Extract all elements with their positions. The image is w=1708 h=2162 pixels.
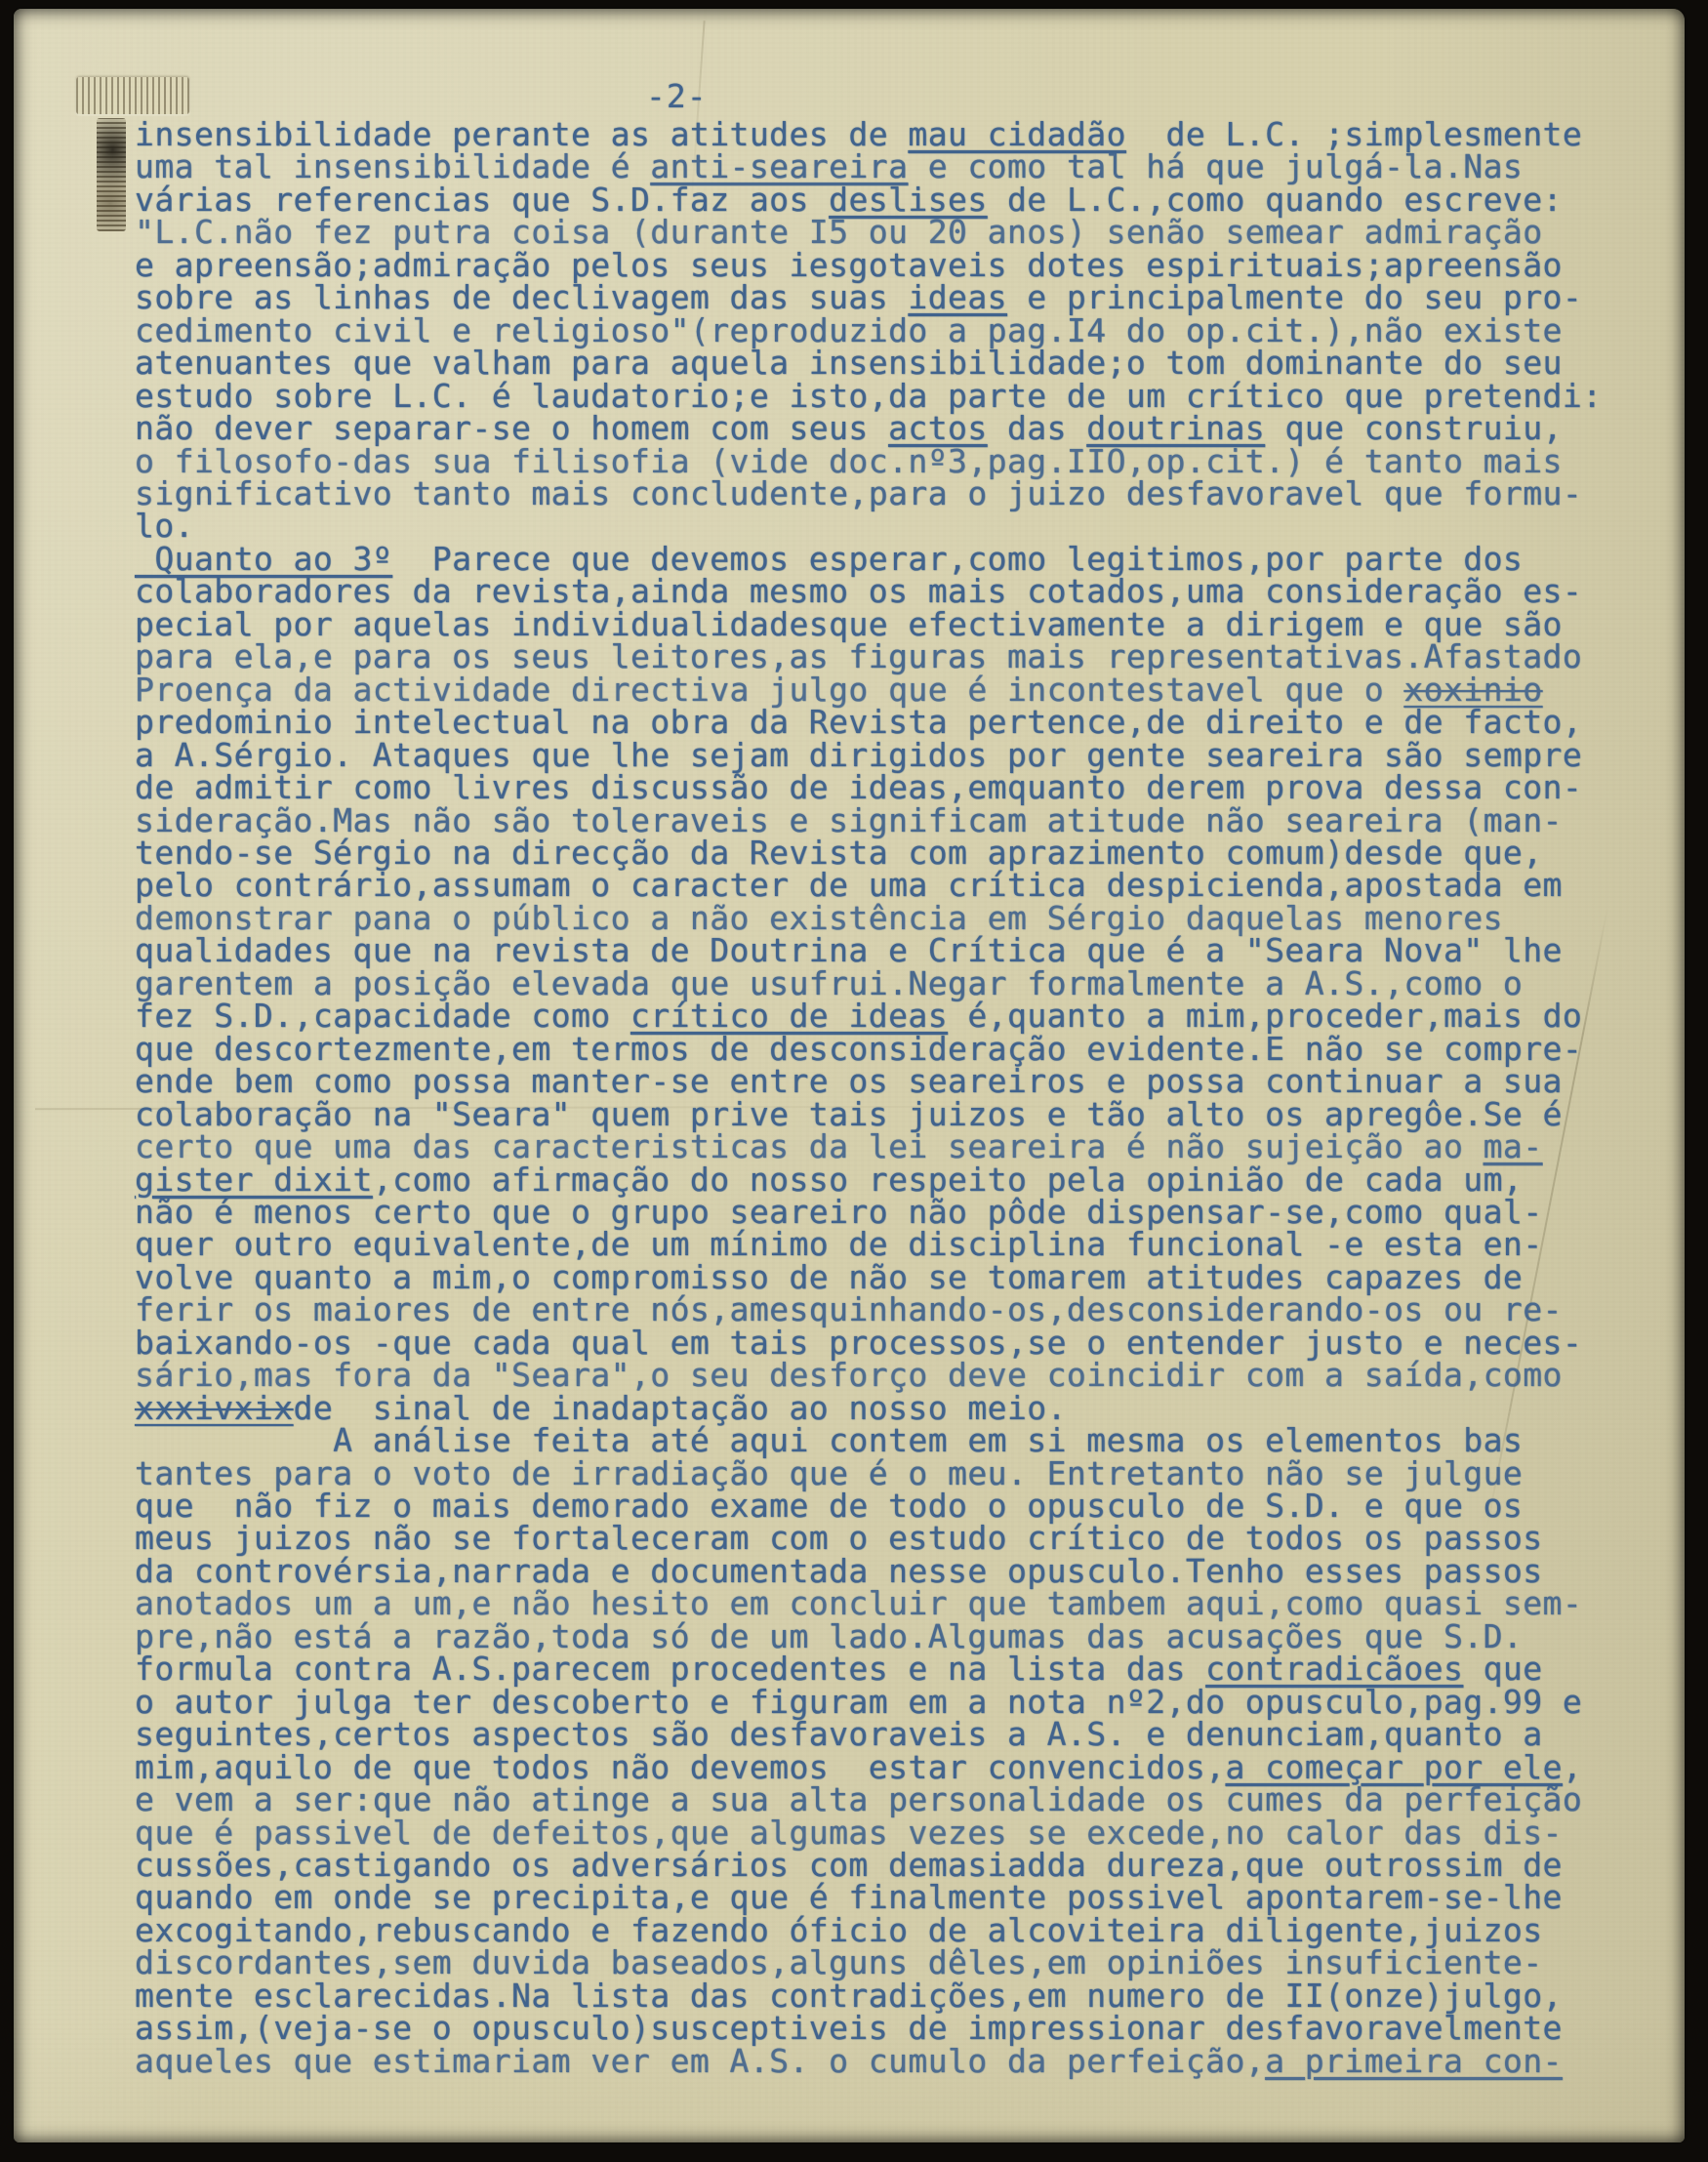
document-line: "L.C.não fez putra coisa (durante I5 ou … bbox=[135, 216, 1677, 248]
embossed-stamp-horizontal-icon bbox=[76, 77, 189, 114]
document-line: baixando-os -que cada qual em tais proce… bbox=[135, 1326, 1677, 1359]
document-line: pelo contrário,assumam o caracter de uma… bbox=[135, 869, 1677, 901]
document-line: mim,aquilo de que todos não devemos esta… bbox=[135, 1751, 1677, 1783]
document-line: garentem a posição elevada que usufrui.N… bbox=[135, 967, 1677, 999]
document-line: certo que uma das caracteristicas da lei… bbox=[135, 1130, 1677, 1163]
document-line: não dever separar-se o homem com seus ac… bbox=[135, 412, 1677, 444]
document-line: discordantes,sem duvida baseados,alguns … bbox=[135, 1946, 1677, 1978]
document-line: que não fiz o mais demorado exame de tod… bbox=[135, 1489, 1677, 1522]
document-line: volve quanto a mim,o compromisso de não … bbox=[135, 1261, 1677, 1293]
document-line: meus juizos não se fortaleceram com o es… bbox=[135, 1522, 1677, 1554]
document-line: Proença da actividade directiva julgo qu… bbox=[135, 673, 1677, 706]
document-line: várias referencias que S.D.faz aos desli… bbox=[135, 184, 1677, 216]
document-line: não é menos certo que o grupo seareiro n… bbox=[135, 1196, 1677, 1228]
document-line: sobre as linhas de declivagem das suas i… bbox=[135, 281, 1677, 313]
document-line: tendo-se Sérgio na direcção da Revista c… bbox=[135, 836, 1677, 869]
paper-sheet: -2- insensibilidade perante as atitudes … bbox=[14, 9, 1685, 2142]
document-line: ferir os maiores de entre nós,amesquinha… bbox=[135, 1293, 1677, 1326]
document-line: colaboradores da revista,ainda mesmo os … bbox=[135, 575, 1677, 607]
document-line: mente esclarecidas.Na lista das contradi… bbox=[135, 1979, 1677, 2012]
document-line: que descortezmente,em termos de desconsi… bbox=[135, 1033, 1677, 1065]
document-line: anotados um a um,e não hesito em conclui… bbox=[135, 1587, 1677, 1619]
document-line: pre,não está a razão,toda só de um lado.… bbox=[135, 1620, 1677, 1652]
page-number: -2- bbox=[646, 77, 708, 115]
document-line: e apreensão;admiração pelos seus iesgota… bbox=[135, 249, 1677, 281]
document-line: gister dixit,como afirmação do nosso res… bbox=[135, 1163, 1677, 1196]
document-line: para ela,e para os seus leitores,as figu… bbox=[135, 640, 1677, 673]
scanned-document-page: { "page": { "number": "-2-" }, "colors":… bbox=[0, 0, 1708, 2162]
document-line: formula contra A.S.parecem procedentes e… bbox=[135, 1652, 1677, 1685]
document-line: A análise feita até aqui contem em si me… bbox=[135, 1424, 1677, 1456]
document-line: ende bem como possa manter-se entre os s… bbox=[135, 1065, 1677, 1097]
document-line: da controvérsia,narrada e documentada ne… bbox=[135, 1555, 1677, 1587]
embossed-stamp-vertical-icon bbox=[97, 118, 126, 231]
document-line: cussões,castigando os adversários com de… bbox=[135, 1849, 1677, 1881]
document-line: fez S.D.,capacidade como crítico de idea… bbox=[135, 999, 1677, 1032]
document-line: de admitir como livres discussão de idea… bbox=[135, 771, 1677, 803]
document-line: o filosofo-das sua filisofia (vide doc.n… bbox=[135, 445, 1677, 477]
document-line: quer outro equivalente,de um mínimo de d… bbox=[135, 1228, 1677, 1260]
document-line: cedimento civil e religioso"(reproduzido… bbox=[135, 314, 1677, 347]
document-line: significativo tanto mais concludente,par… bbox=[135, 477, 1677, 510]
document-line: uma tal insensibilidade é anti-seareira … bbox=[135, 150, 1677, 183]
document-line: a A.Sérgio. Ataques que lhe sejam dirigi… bbox=[135, 739, 1677, 771]
document-line: qualidades que na revista de Doutrina e … bbox=[135, 934, 1677, 966]
document-line: sideração.Mas não são toleraveis e signi… bbox=[135, 804, 1677, 836]
document-line: pecial por aquelas individualidadesque e… bbox=[135, 608, 1677, 640]
document-line: estudo sobre L.C. é laudatorio;e isto,da… bbox=[135, 380, 1677, 412]
document-line: e vem a ser:que não atinge a sua alta pe… bbox=[135, 1783, 1677, 1815]
document-line: aqueles que estimariam ver em A.S. o cum… bbox=[135, 2045, 1677, 2077]
document-line: colaboração na "Seara" quem prive tais j… bbox=[135, 1098, 1677, 1130]
document-line: insensibilidade perante as atitudes de m… bbox=[135, 118, 1677, 150]
document-line: atenuantes que valham para aquela insens… bbox=[135, 347, 1677, 379]
document-line: o autor julga ter descoberto e figuram e… bbox=[135, 1686, 1677, 1718]
document-line: predominio intelectual na obra da Revist… bbox=[135, 706, 1677, 738]
document-line: Quanto ao 3º Parece que devemos esperar,… bbox=[135, 543, 1677, 575]
document-line: lo. bbox=[135, 510, 1677, 542]
document-line: seguintes,certos aspectos são desfavorav… bbox=[135, 1718, 1677, 1750]
document-line: quando em onde se precipita,e que é fina… bbox=[135, 1881, 1677, 1913]
document-line: sário,mas fora da "Seara",o seu desforço… bbox=[135, 1359, 1677, 1391]
document-line: tantes para o voto de irradiação que é o… bbox=[135, 1457, 1677, 1489]
document-line: demonstrar pana o público a não existênc… bbox=[135, 902, 1677, 934]
document-line: excogitando,rebuscando e fazendo óficio … bbox=[135, 1914, 1677, 1946]
document-line: xxxivxixde sinal de inadaptação ao nosso… bbox=[135, 1392, 1677, 1424]
document-line: que é passivel de defeitos,que algumas v… bbox=[135, 1816, 1677, 1849]
document-line: assim,(veja-se o opusculo)susceptiveis d… bbox=[135, 2012, 1677, 2044]
document-lines: insensibilidade perante as atitudes de m… bbox=[135, 118, 1677, 2077]
